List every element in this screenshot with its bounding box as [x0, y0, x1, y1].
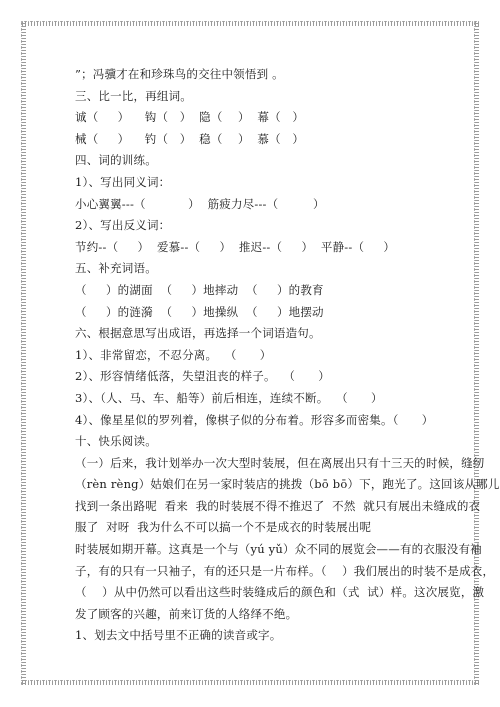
border-left [21, 21, 26, 685]
section-3-heading: 三、比一比，再组词。 [75, 86, 475, 108]
antonym-items: 节约--（ ） 爱慕--（ ） 推迟--（ ） 平静--（ ） [75, 237, 475, 259]
question-1: 1、划去文中括号里不正确的读音或字。 [75, 625, 475, 647]
idiom-item-2: 2）、形容情绪低落，失望沮丧的样子。 （ ） [75, 366, 475, 388]
section-4-heading: 四、词的训练。 [75, 150, 475, 172]
reading-passage-line-3: 找到一条出路呢 看来 我的时装展不得不推迟了 不然 就只有展出未缝成的衣 [75, 496, 475, 518]
section-6-heading: 六、根据意思写出成语，再选择一个词语造句。 [75, 323, 475, 345]
reading-passage-line-2: （rèn rèng）姑娘们在另一家时装店的挑拨（bō bō）下，跑光了。这回该从… [75, 474, 475, 496]
fill-words-row-2: （ ）的涟漪 （ ）地操纵 （ ）地摆动 [75, 302, 475, 324]
reading-passage-line-8: 发了顾客的兴趣，前来订货的人络绎不绝。 [75, 604, 475, 626]
fill-words-row-1: （ ）的湖面 （ ）地摔动 （ ）的教育 [75, 280, 475, 302]
worksheet-content: ”；冯骥才在和珍珠鸟的交往中领悟到 。 三、比一比，再组词。 诚（ ） 钩（ ）… [75, 64, 475, 647]
compare-row-2: 械（ ） 钓（ ） 稳（ ） 慕（ ） [75, 129, 475, 151]
idiom-item-3: 3）、（人、马、车、船等）前后相连，连续不断。 （ ） [75, 388, 475, 410]
reading-passage-line-4: 服了 对呀 我为什么不可以搞一个不是成衣的时装展出呢 [75, 517, 475, 539]
antonym-prompt: 2）、写出反义词： [75, 215, 475, 237]
section-10-heading: 十、快乐阅读。 [75, 431, 475, 453]
reading-passage-line-5: 时装展如期开幕。这真是一个与（yú yǔ）众不同的展览会——有的衣服没有袖 [75, 539, 475, 561]
border-bottom [21, 680, 479, 685]
border-top [21, 21, 479, 26]
reading-passage-line-1: （一）后来，我计划举办一次大型时装展，但在离展出只有十三天的时候，缝纫 [75, 453, 475, 475]
idiom-item-4: 4）、像星星似的罗列着，像棋子似的分布着。形容多而密集。（ ） [75, 410, 475, 432]
synonym-items: 小心翼翼---（ ） 筋疲力尽---（ ） [75, 194, 475, 216]
idiom-item-1: 1）、非常留恋，不忍分离。 （ ） [75, 345, 475, 367]
reading-passage-line-7: （ ）从中仍然可以看出这些时装缝成后的颜色和（式 试）样。这次展览，激 [75, 582, 475, 604]
reading-passage-line-6: 子，有的只有一只袖子，有的还只是一片布样。（ ）我们展出的时装不是成衣， [75, 561, 475, 583]
compare-row-1: 诚（ ） 钩（ ） 隐（ ） 幕（ ） [75, 107, 475, 129]
text-line-feng-jicai: ”；冯骥才在和珍珠鸟的交往中领悟到 。 [75, 64, 475, 86]
synonym-prompt: 1）、写出同义词： [75, 172, 475, 194]
section-5-heading: 五、补充词语。 [75, 258, 475, 280]
